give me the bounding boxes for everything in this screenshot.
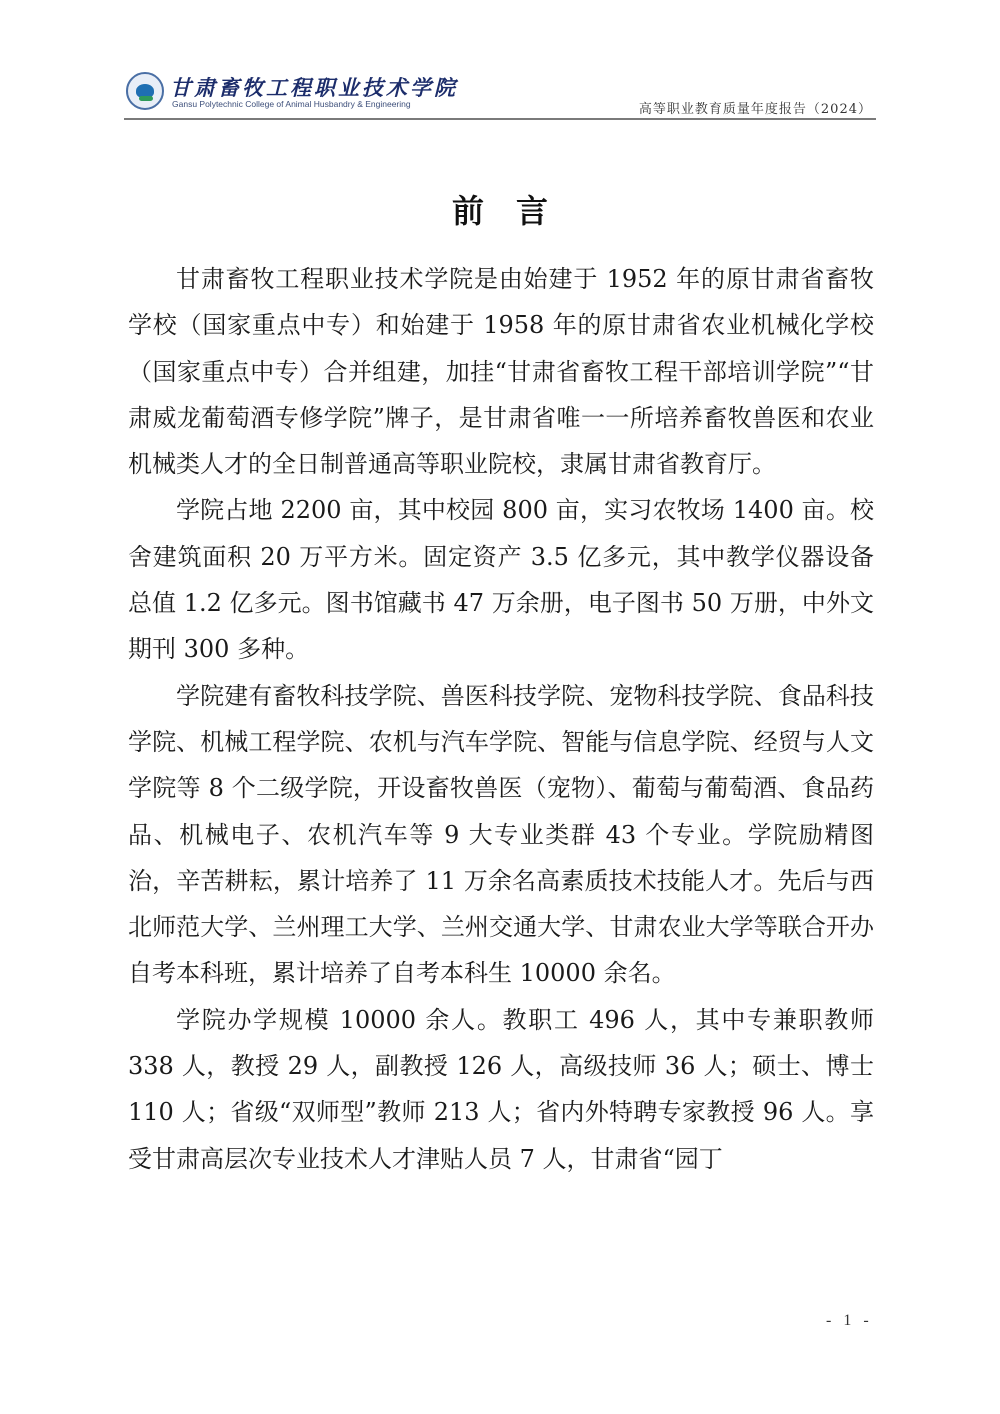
paragraph-faculty: 学院办学规模 10000 余人。教职工 496 人，其中专兼职教师 338 人，… [128,997,874,1182]
document-body: 甘肃畜牧工程职业技术学院是由始建于 1952 年的原甘肃省畜牧学校（国家重点中专… [128,256,874,1182]
report-title: 高等职业教育质量年度报告（2024） [639,98,872,117]
page-header: 甘肃畜牧工程职业技术学院 Gansu Polytechnic College o… [126,70,874,118]
institution-name-en: Gansu Polytechnic College of Animal Husb… [172,99,411,109]
page-title: 前言 [0,186,1000,232]
paragraph-schools-majors: 学院建有畜牧科技学院、兽医科技学院、宠物科技学院、食品科技学院、机械工程学院、农… [128,673,874,997]
header-divider [124,118,876,120]
institution-name-cn: 甘肃畜牧工程职业技术学院 [170,72,458,102]
paragraph-history: 甘肃畜牧工程职业技术学院是由始建于 1952 年的原甘肃省畜牧学校（国家重点中专… [128,256,874,487]
paragraph-campus-assets: 学院占地 2200 亩，其中校园 800 亩，实习农牧场 1400 亩。校舍建筑… [128,487,874,672]
page-number: - 1 - [826,1312,873,1330]
college-emblem-icon [126,72,164,110]
